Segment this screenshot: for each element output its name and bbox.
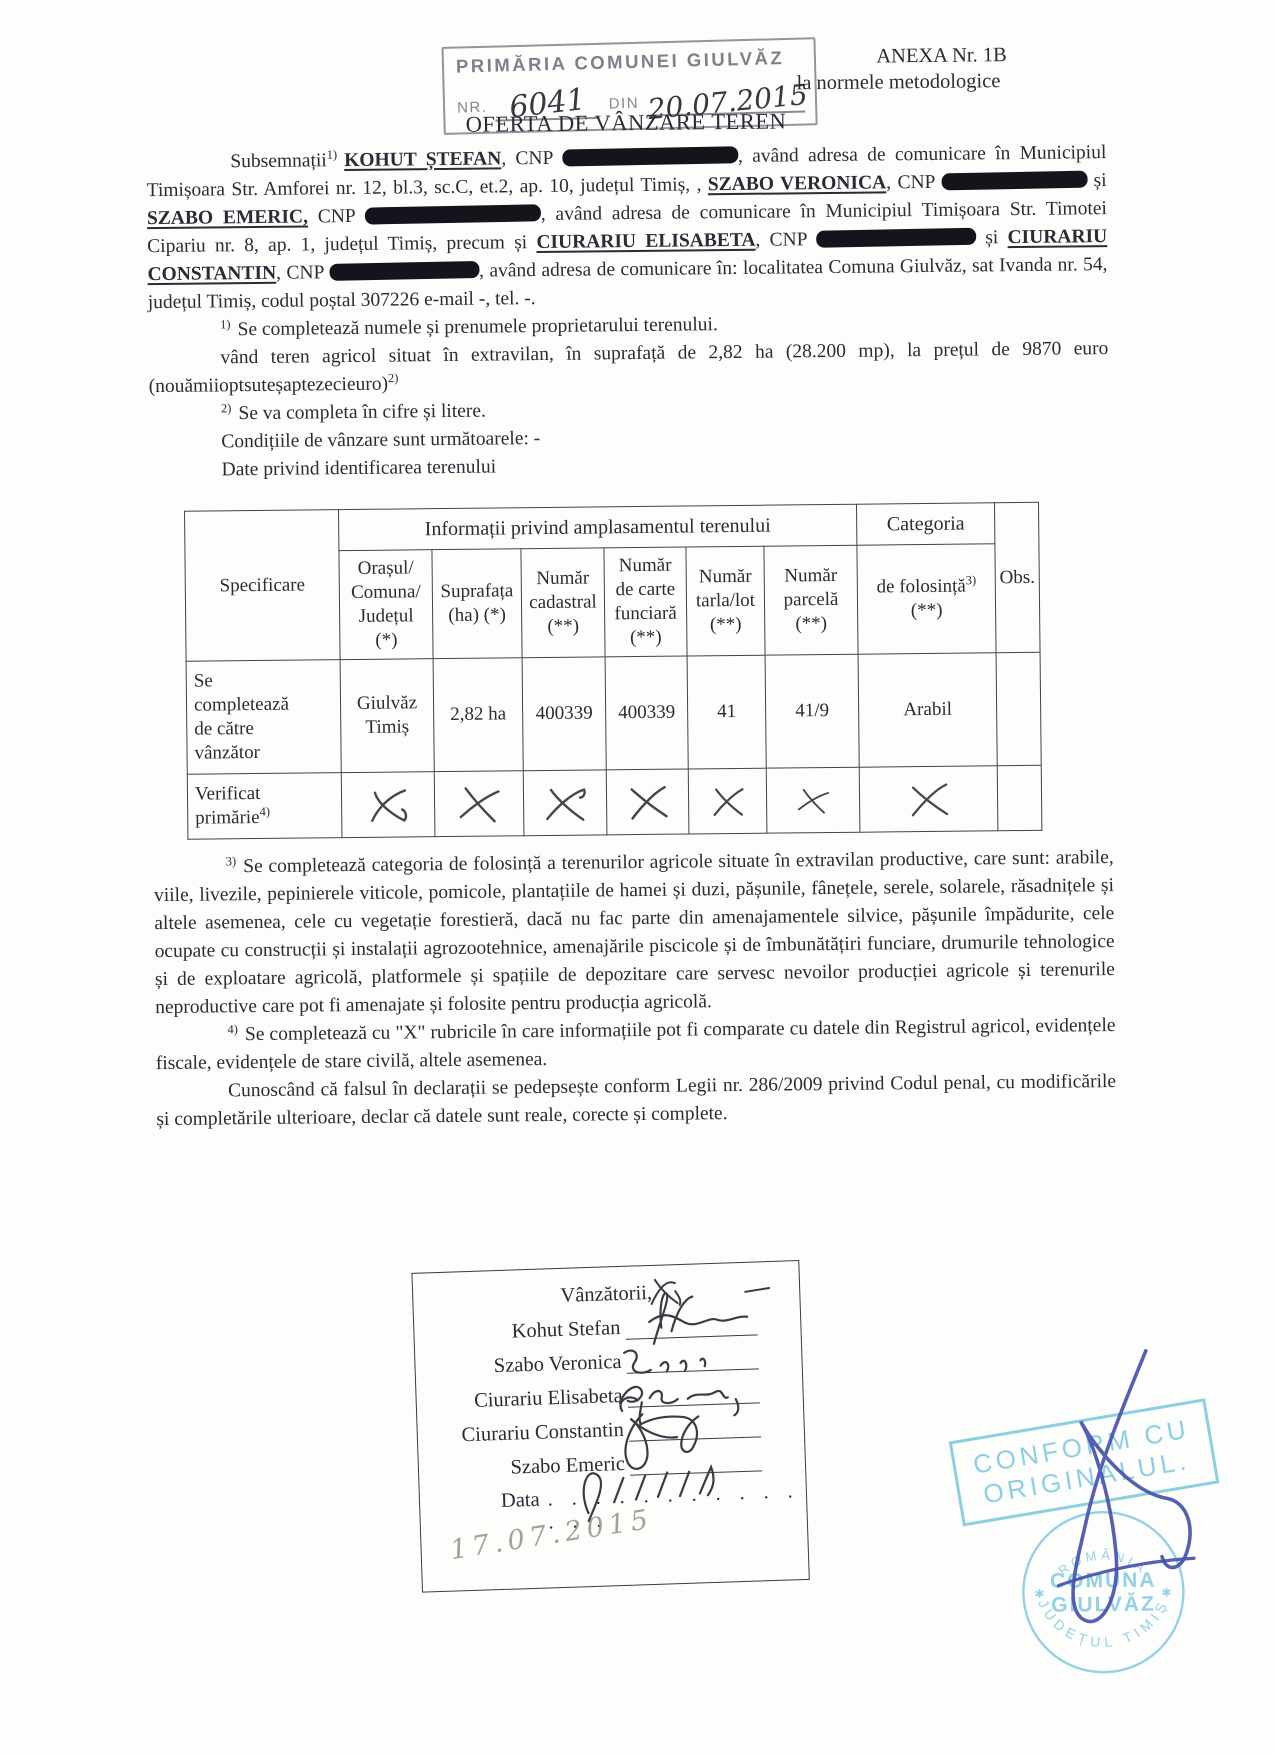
header-oras-comuna-judet: Orașul/ Comuna/ Județul (*) xyxy=(339,550,433,660)
scanned-document-page: PRIMĂRIA COMUNEI GIULVĂZ NR. 6041 DIN 20… xyxy=(0,0,1275,1755)
intro-text: , CNP xyxy=(501,148,562,170)
header-numar-parcela: Număr parcelă (**) xyxy=(764,545,858,655)
cnp-redaction xyxy=(941,171,1087,191)
cell-categoria: Arabil xyxy=(858,653,997,767)
verification-x-mark xyxy=(606,769,689,835)
footnote-ref-2: 2) xyxy=(388,371,399,385)
footnote-ref-1: 1) xyxy=(327,148,338,162)
sale-text: vând teren agricol situat în extravilan,… xyxy=(149,338,1109,397)
cnp-redaction xyxy=(562,146,738,166)
footnote-3-text: Se completează categoria de folosință a … xyxy=(154,847,1115,1018)
intro-lead: Subsemnații xyxy=(230,150,327,172)
pen-signature-blue xyxy=(996,1332,1209,1664)
intro-paragraph: Subsemnații1)KOHUT ȘTEFAN, CNP , având a… xyxy=(146,139,1108,317)
cell-obs xyxy=(996,652,1041,765)
row-label-seller: Se completează de către vânzător xyxy=(186,660,341,775)
document-content: PRIMĂRIA COMUNEI GIULVĂZ NR. 6041 DIN 20… xyxy=(0,0,1275,1755)
header-banner: Informații privind amplasamentul terenul… xyxy=(339,504,857,550)
land-identification-table: Specificare Informații privind amplasame… xyxy=(184,502,1042,840)
annex-number: ANEXA Nr. 1B xyxy=(876,44,1007,68)
intro-text: , CNP xyxy=(886,172,941,194)
registry-stamp-title: PRIMĂRIA COMUNEI GIULVĂZ xyxy=(456,47,804,78)
seller-data-row: Se completează de către vânzător Giulvăz… xyxy=(186,652,1041,774)
verification-x-mark xyxy=(434,771,524,837)
verification-x-mark xyxy=(341,772,435,838)
header-numar-tarla: Număr tarla/lot (**) xyxy=(686,546,765,656)
intro-text: , CNP xyxy=(276,262,329,284)
footnote-ref-4: 4) xyxy=(259,805,270,819)
cnp-redaction xyxy=(365,204,541,224)
cell-numar-cadastral: 400339 xyxy=(522,657,606,771)
verification-x-mark xyxy=(766,767,860,833)
date-label: Data xyxy=(420,1488,548,1515)
footnote-4-text: Se completează cu "X" rubricile în care … xyxy=(156,1015,1116,1074)
footnote-4: 4)Se completează cu "X" rubricile în car… xyxy=(155,1012,1116,1078)
cell-carte-funciara: 400339 xyxy=(605,656,688,770)
verification-x-mark xyxy=(523,770,607,836)
footnote-3-marker: 3) xyxy=(226,854,237,868)
footnote-1-text: Se completează numele și prenumele propr… xyxy=(237,314,717,340)
signer-name: Kohut Stefan xyxy=(414,1317,626,1347)
intro-text: și xyxy=(976,227,1008,248)
header-suprafata: Suprafața (ha) (*) xyxy=(432,549,522,659)
footnote-4-marker: 4) xyxy=(227,1022,238,1036)
footnote-ref-3: 3) xyxy=(966,573,977,587)
footnote-3: 3)Se completează categoria de folosință … xyxy=(154,844,1116,1022)
footnote-2-text: Se va completa în cifre și litere. xyxy=(238,401,486,425)
seller-name-szabo-veronica: SZABO VERONICA xyxy=(708,172,887,195)
cnp-redaction xyxy=(329,261,479,281)
header-obs: Obs. xyxy=(995,502,1041,652)
intro-text: și xyxy=(1087,170,1107,191)
seller-name-ciurariu-elisabeta: CIURARIU ELISABETA xyxy=(536,230,755,253)
footnote-2-marker: 2) xyxy=(221,401,232,415)
cell-parcela: 41/9 xyxy=(765,654,859,768)
seller-name-szabo-emeric: SZABO EMERIC, xyxy=(147,206,308,229)
signatures-box: Vânzătorii, Kohut Stefan Szabo Veronica … xyxy=(411,1260,809,1593)
cnp-redaction xyxy=(816,228,976,248)
header-specificare: Specificare xyxy=(185,510,341,662)
document-title: OFERTA DE VÂNZARE TEREN xyxy=(146,105,1106,141)
cell-oras: Giulvăz Timiș xyxy=(340,659,434,773)
signer-name: Szabo Veronica xyxy=(415,1351,627,1381)
header-categoria: Categoria xyxy=(857,503,995,545)
verification-obs-empty xyxy=(997,765,1042,830)
verification-x-mark xyxy=(859,766,998,832)
sale-paragraph: vând teren agricol situat în extravilan,… xyxy=(148,335,1109,401)
document-body: OFERTA DE VÂNZARE TEREN Subsemnații1)KOH… xyxy=(146,105,1117,1134)
verification-row: Verificat primărie4) xyxy=(187,765,1042,839)
footnote-1-marker: 1) xyxy=(220,317,231,331)
cell-tarla: 41 xyxy=(687,655,766,769)
annex-subtitle: la normele metodologice xyxy=(796,70,1007,95)
header-numar-carte-funciara: Număr de carte funciară (**) xyxy=(604,547,687,657)
annex-label: ANEXA Nr. 1B la normele metodologice xyxy=(796,44,1007,95)
intro-text: , CNP xyxy=(755,229,816,251)
signer-name: Ciurariu Elisabeta xyxy=(416,1385,628,1415)
header-numar-cadastral: Număr cadastral (**) xyxy=(521,548,605,658)
categoria-folosinta-stars: (**) xyxy=(861,598,992,623)
closing-paragraph: Cunoscând că falsul în declarații se ped… xyxy=(156,1068,1117,1134)
row-label-verificat: Verificat primărie4) xyxy=(187,773,342,840)
intro-text: CNP xyxy=(308,206,365,228)
verification-x-mark xyxy=(688,768,767,834)
categoria-folosinta-text: de folosință xyxy=(876,576,965,598)
cell-suprafata: 2,82 ha xyxy=(433,658,523,772)
header-categoria-folosinta: de folosință3) (**) xyxy=(857,544,996,654)
seller-name-kohut-stefan: KOHUT ȘTEFAN xyxy=(344,148,501,171)
